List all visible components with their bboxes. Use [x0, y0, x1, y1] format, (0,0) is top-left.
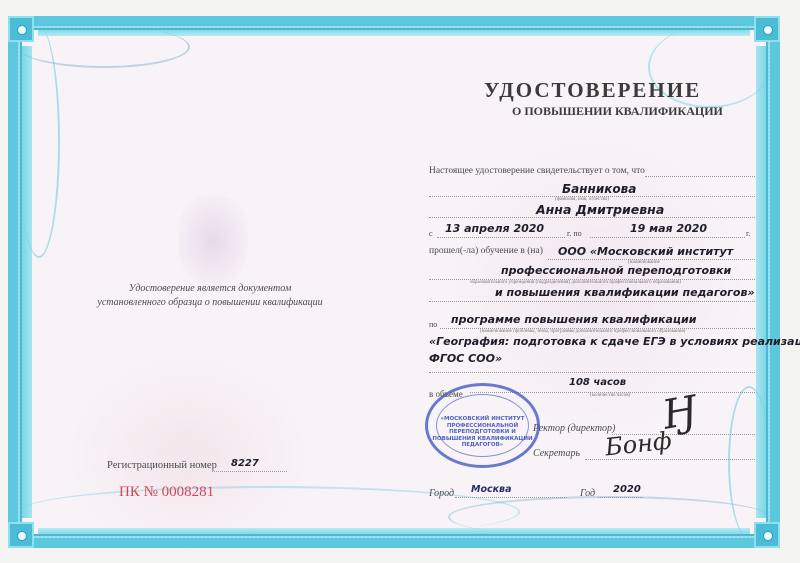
registration-label: Регистрационный номер	[107, 460, 217, 471]
institution-hint2: образовательного учреждения (подразделен…	[470, 280, 681, 285]
hours-hint: (количество часов)	[590, 393, 630, 398]
program-prefix: по	[429, 320, 437, 329]
registration-line	[212, 471, 287, 472]
certificate-subtitle: О ПОВЫШЕНИИ КВАЛИФИКАЦИИ	[512, 104, 723, 119]
fill-line	[455, 497, 567, 498]
year-suffix: г.	[746, 229, 750, 238]
fill-line	[590, 237, 745, 238]
guilloche-pattern	[18, 26, 60, 258]
program-hint: (наименование проблемы, темы, программы …	[480, 329, 685, 334]
city-label: Город	[429, 488, 454, 499]
secretary-label: Секретарь	[533, 448, 580, 459]
left-note-line1: Удостоверение является документом	[0, 283, 420, 294]
fill-line	[437, 237, 565, 238]
program-name-line1: «География: подготовка к сдаче ЕГЭ в усл…	[429, 335, 800, 348]
institution-stamp: «МОСКОВСКИЙ ИНСТИТУТ ПРОФЕССИОНАЛЬНОЙ ПЕ…	[425, 383, 540, 468]
fill-line	[598, 497, 643, 498]
hours: 108 часов	[569, 377, 626, 388]
surname: Банникова	[562, 182, 636, 196]
date-to: 19 мая 2020	[630, 222, 707, 235]
corner-rosette-icon	[8, 522, 34, 548]
institution-line1: ООО «Московский институт	[558, 245, 733, 258]
corner-rosette-icon	[754, 522, 780, 548]
institution-line2: профессиональной переподготовки	[501, 264, 731, 277]
stamp-text: «МОСКОВСКИЙ ИНСТИТУТ ПРОФЕССИОНАЛЬНОЙ ПЕ…	[428, 416, 537, 449]
city: Москва	[471, 484, 511, 495]
left-note-line2: установленного образца о повышении квали…	[0, 297, 420, 308]
to-label: г. по	[567, 229, 582, 238]
fill-line	[645, 176, 755, 177]
program-name-line2: ФГОС СОО»	[429, 352, 502, 365]
given-names: Анна Дмитриевна	[536, 202, 664, 217]
program-type: программе повышения квалификации	[451, 313, 696, 326]
fill-line	[429, 301, 755, 302]
fill-line	[429, 372, 755, 373]
intro-text: Настоящее удостоверение свидетельствует …	[429, 166, 645, 176]
registration-number: 8227	[231, 458, 259, 469]
institution-line3: и повышения квалификации педагогов»	[495, 286, 755, 299]
studied-label: прошел(-ла) обучение в (на)	[429, 246, 543, 256]
from-prefix: с	[429, 229, 433, 238]
corner-rosette-icon	[8, 16, 34, 42]
year: 2020	[613, 484, 641, 495]
certificate-title: УДОСТОВЕРЕНИЕ	[484, 78, 701, 103]
year-label: Год	[580, 488, 595, 499]
fill-line	[429, 217, 755, 218]
series-number: ПК № 0008281	[119, 484, 214, 501]
rector-label: Ректор (директор)	[533, 423, 615, 434]
date-from: 13 апреля 2020	[445, 222, 544, 235]
corner-rosette-icon	[754, 16, 780, 42]
